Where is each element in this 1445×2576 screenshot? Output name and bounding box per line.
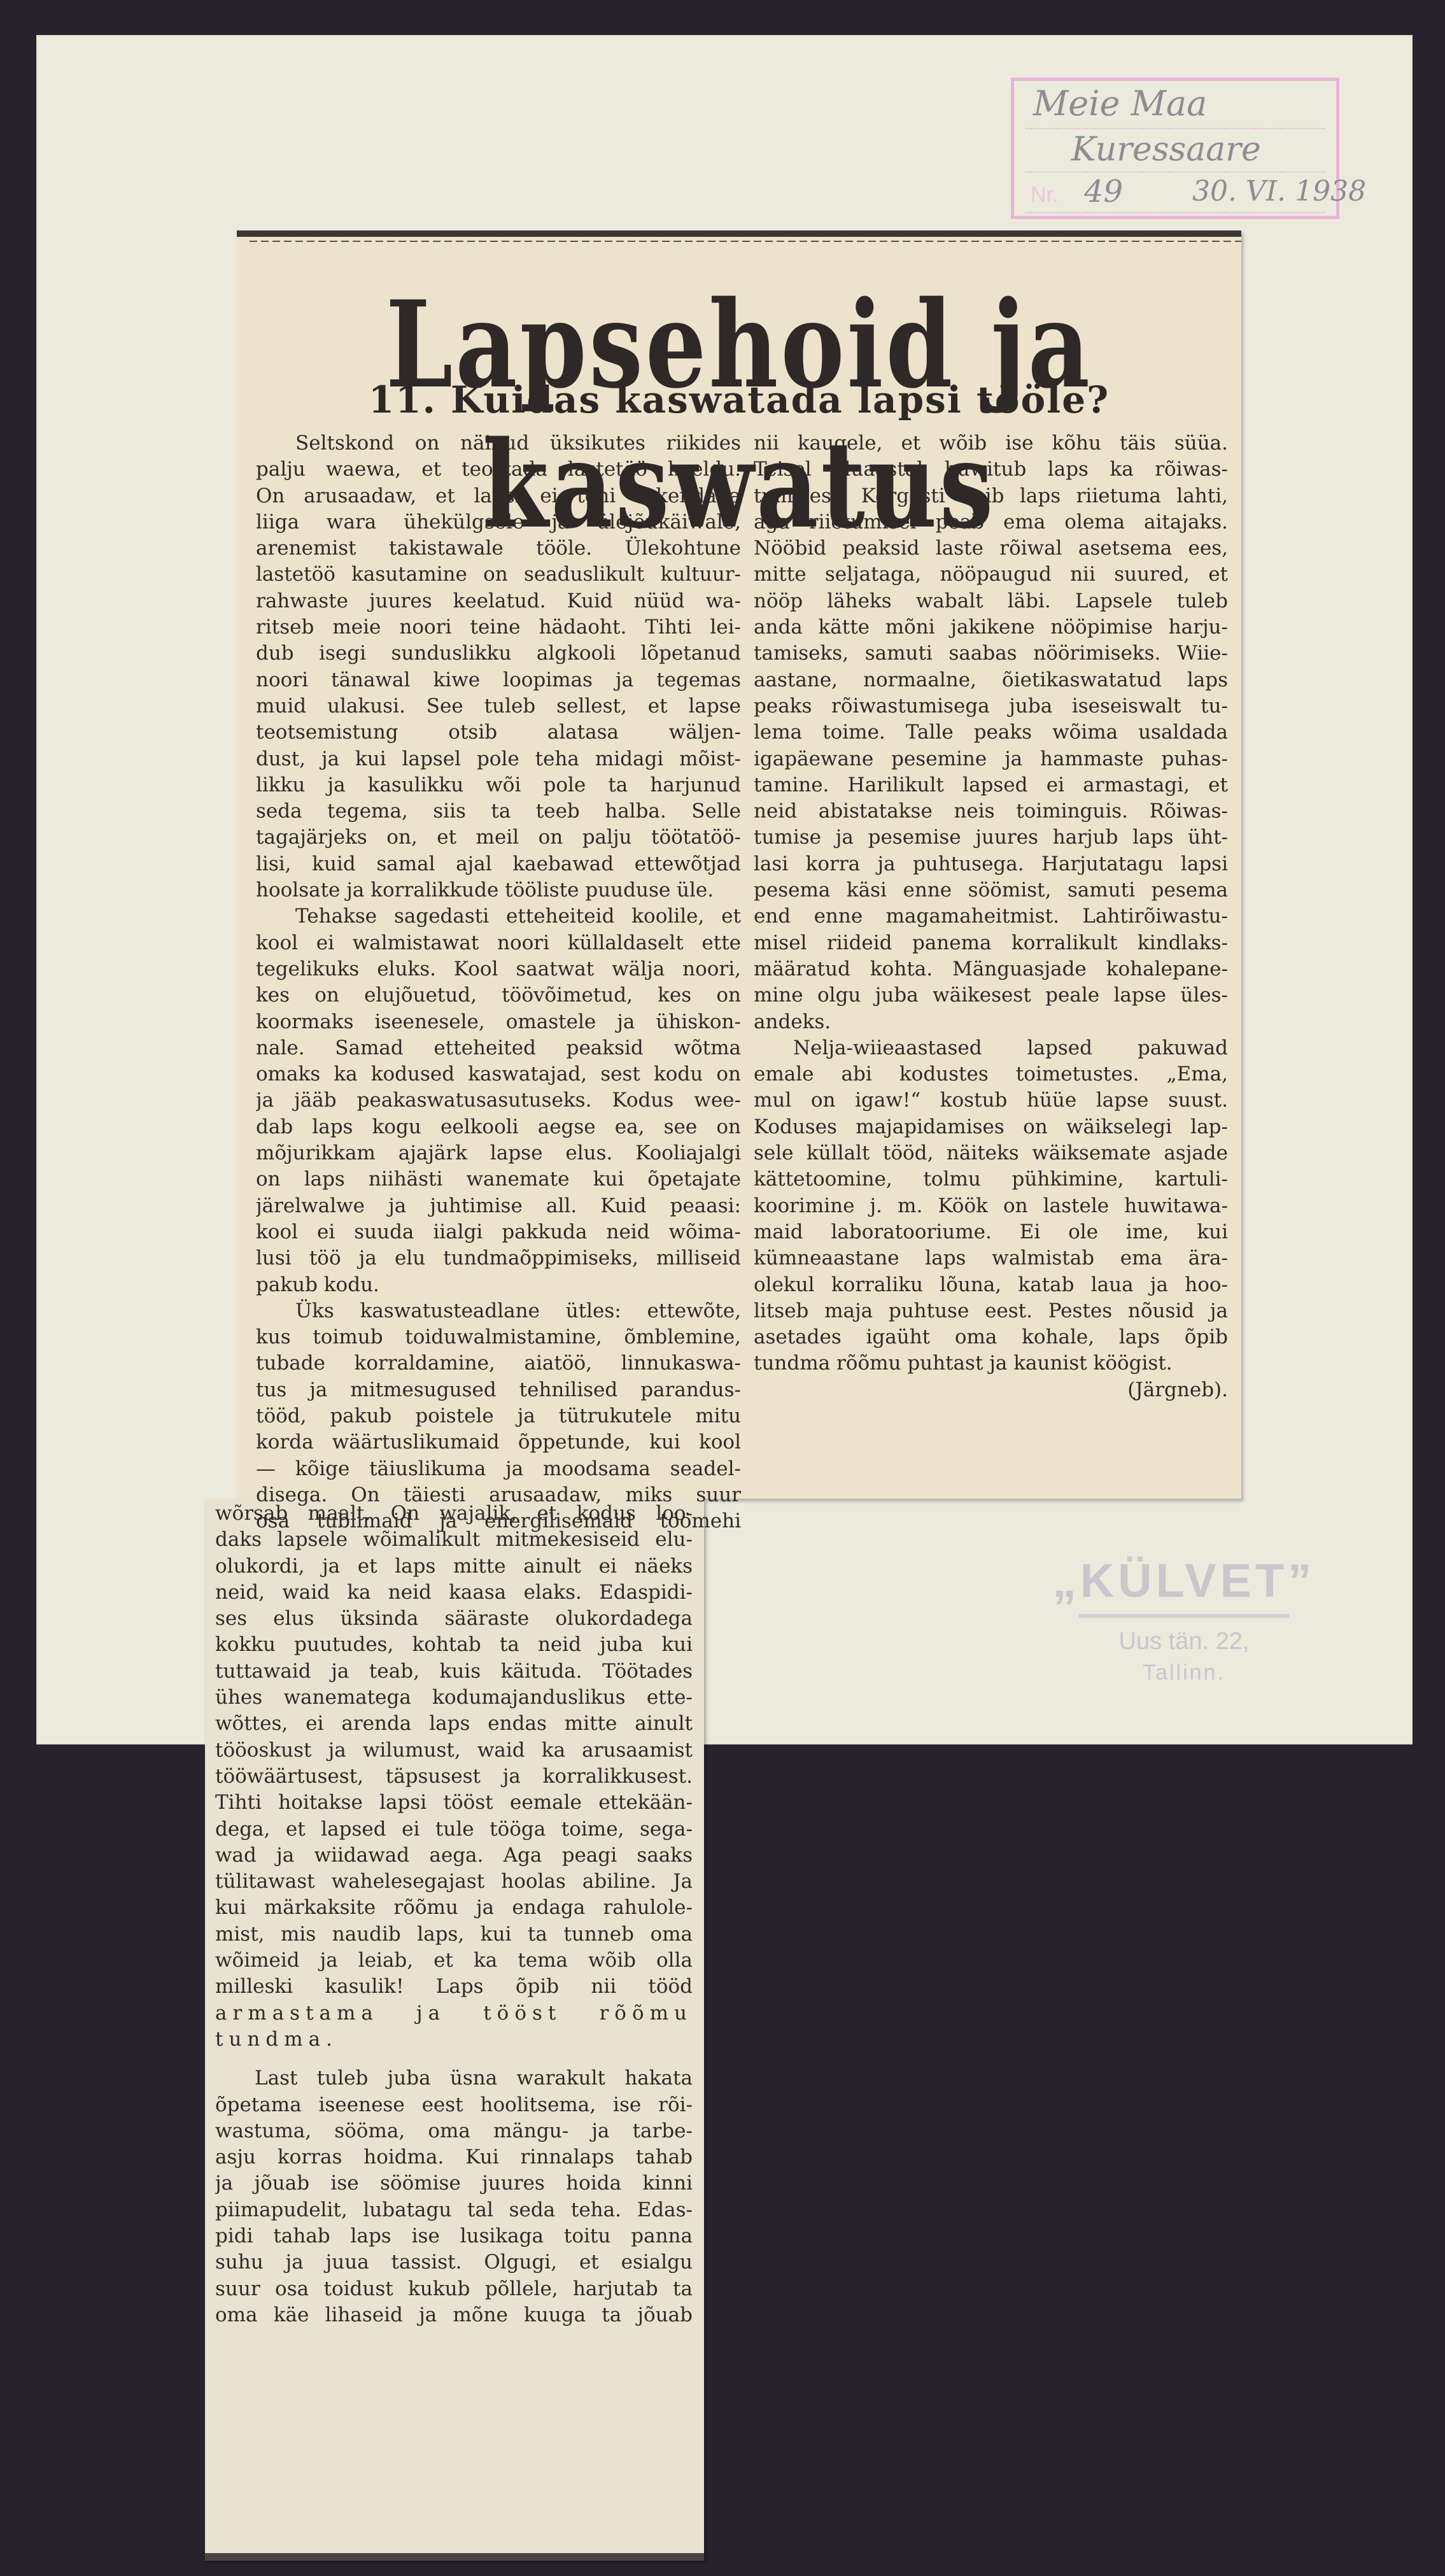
bottom-rule (205, 2553, 704, 2561)
text-line: kus toimub toiduwalmistamine, õmblemine, (256, 1324, 741, 1350)
text-line: Koduses majapidamises on wäikselegi lap- (754, 1114, 1228, 1140)
article-column-continuation: wõrsab maalt. On wajalik, et kodus loo-d… (215, 1501, 693, 2328)
text-line: seda tegema, siis ta teeb halba. Selle (256, 798, 741, 824)
article-column-right: nii kaugele, et wõib ise kõhu täis süüa.… (754, 430, 1228, 1403)
text-line: tööwäärtusest, täpsusest ja korralikkuse… (215, 1764, 693, 1790)
text-line: wõttes, ei arenda laps endas mitte ainul… (215, 1711, 693, 1737)
text-line: tumisest. Kergesti õpib laps riietuma la… (754, 483, 1228, 509)
text-line: tumise ja pesemise juures harjub laps üh… (754, 824, 1228, 851)
printer-city: Tallinn. (1025, 1660, 1343, 1685)
text-line (215, 2053, 693, 2065)
text-line: (Järgneb). (754, 1377, 1228, 1403)
text-line: milleski kasulik! Laps õpib nii tööd (215, 1974, 693, 2000)
text-line: olekul korraliku lõuna, katab laua ja ho… (754, 1272, 1228, 1298)
text-line: kool ei suuda iialgi pakkuda neid wõima- (256, 1219, 741, 1245)
text-line: — kõige täiuslikuma ja moodsama seadel- (256, 1456, 741, 1482)
text-line: kui märkaksite rõõmu ja endaga rahulole- (215, 1895, 693, 1921)
text-line: Tihti hoitakse lapsi tööst eemale ettekä… (215, 1790, 693, 1816)
text-line: armastama ja tööst rõõmu (215, 2000, 693, 2027)
text-line: lusi töö ja elu tundmaõppimiseks, millis… (256, 1245, 741, 1271)
text-line: neid abistatakse neis toiminguis. Rõiwas… (754, 798, 1228, 824)
text-line: aastane, normaalne, õietikaswatatud laps (754, 667, 1228, 693)
text-line: suur osa toidust kukub põllele, harjutab… (215, 2276, 693, 2302)
stamp-place: Kuressaare (1071, 131, 1261, 169)
stamp-dotted-line (1026, 212, 1325, 213)
stamp-date: 30. VI. 1938 (1192, 175, 1366, 208)
text-line: ritseb meie noori teine hädaoht. Tihti l… (256, 614, 741, 640)
text-line: daks lapsele wõimalikult mitmekesiseid e… (215, 1527, 693, 1553)
text-line: lisi, kuid samal ajal kaebawad ettewõtja… (256, 851, 741, 877)
text-line: nii kaugele, et wõib ise kõhu täis süüa. (754, 430, 1228, 456)
stamp-dotted-line (1026, 128, 1325, 129)
text-line: muid ulakusi. See tuleb sellest, et laps… (256, 693, 741, 719)
text-line: arenemist takistawale tööle. Ülekohtune (256, 535, 741, 562)
text-line: rahwaste juures keelatud. Kuid nüüd wa- (256, 588, 741, 614)
text-line: tundma rõõmu puhtast ja kaunist köögist. (754, 1350, 1228, 1376)
text-line: wad ja wiidawad aega. Aga peagi saaks (215, 1843, 693, 1869)
text-line: tegelikuks eluks. Kool saatwat wälja noo… (256, 956, 741, 982)
text-line: mõjurikkam ajajärk lapse elus. Kooliajal… (256, 1140, 741, 1166)
text-line: asju korras hoidma. Kui rinnalaps tahab (215, 2144, 693, 2170)
text-line: Tehakse sagedasti etteheiteid koolile, e… (256, 903, 741, 930)
text-line: palju waewa, et teostada lastetöö keeldu… (256, 456, 741, 483)
text-line: Teisel eluaastal huwitub laps ka rõiwas- (754, 456, 1228, 483)
printer-stamp: „KÜLVET” Uus tän. 22, Tallinn. (1025, 1553, 1343, 1685)
text-line: lasi korra ja puhtusega. Harjutatagu lap… (754, 851, 1228, 877)
text-line: litseb maja puhtuse eest. Pestes nõusid … (754, 1298, 1228, 1324)
text-line: tülitawast wahelesegajast hoolas abiline… (215, 1869, 693, 1895)
stamp-dotted-line (1026, 171, 1325, 173)
text-line: Üks kaswatusteadlane ütles: ettewõte, (256, 1298, 741, 1324)
text-line: ja jääb peakaswatusasutuseks. Kodus wee- (256, 1087, 741, 1114)
stamp-issue-number: 49 (1084, 174, 1123, 209)
text-line: mist, mis naudib laps, kui ta tunneb oma (215, 1921, 693, 1948)
text-line: tamine. Harilikult lapsed ei armastagi, … (754, 772, 1228, 798)
text-line: pidi tahab laps ise lusikaga toitu panna (215, 2223, 693, 2249)
text-line: kool ei walmistawat noori küllaldaselt e… (256, 930, 741, 956)
text-line: nale. Samad etteheited peaksid wõtma (256, 1035, 741, 1061)
text-line: ses elus üksinda sääraste olukordadega (215, 1606, 693, 1632)
text-line: Last tuleb juba üsna warakult hakata (215, 2065, 693, 2091)
text-line: pesema käsi enne söömist, samuti pesema (754, 877, 1228, 903)
text-line: maid laboratooriume. Ei ole ime, kui (754, 1219, 1228, 1245)
text-line: Nelja-wiieaastased lapsed pakuwad (754, 1035, 1228, 1061)
printer-underline (1079, 1614, 1289, 1618)
text-line: pakub kodu. (256, 1272, 741, 1298)
text-line: kokku puutudes, kohtab ta neid juba kui (215, 1632, 693, 1658)
text-line: emale abi kodustes toimetustes. „Ema, (754, 1061, 1228, 1087)
printer-name: „KÜLVET” (1025, 1553, 1343, 1608)
text-line: koorimine j. m. Köök on lastele huwitawa… (754, 1193, 1228, 1219)
text-line: dust, ja kui lapsel pole teha midagi mõi… (256, 746, 741, 772)
text-line: piimapudelit, lubatagu tal seda teha. Ed… (215, 2197, 693, 2223)
text-line: igapäewane pesemine ja hammaste puhas- (754, 746, 1228, 772)
text-line: tööoskust ja wilumust, waid ka arusaamis… (215, 1737, 693, 1764)
text-line: wõimeid ja leiab, et ka tema wõib olla (215, 1948, 693, 1974)
article-column-left: Seltskond on näinud üksikutes riikidespa… (256, 430, 741, 1534)
stamp-nr-label: Nr. (1031, 183, 1058, 208)
text-line: määratud kohta. Mänguasjade kohalepane- (754, 956, 1228, 982)
text-line: wastuma, sööma, oma mängu- ja tarbe- (215, 2118, 693, 2144)
text-line: kättetoomine, tolmu pühkimine, kartuli- (754, 1166, 1228, 1192)
text-line: tööd, pakub poistele ja tütrukutele mitu (256, 1403, 741, 1429)
text-line: suhu ja juua tassist. Olgugi, et esialgu (215, 2249, 693, 2275)
text-line: asetades igaüht oma kohale, laps õpib (754, 1324, 1228, 1350)
text-line: tamiseks, samuti saabas nöörimiseks. Wii… (754, 640, 1228, 667)
text-line: wõrsab maalt. On wajalik, et kodus loo- (215, 1501, 693, 1527)
top-rule (237, 230, 1241, 237)
text-line: Seltskond on näinud üksikutes riikides (256, 430, 741, 456)
archive-stamp: Meie Maa Kuressaare Nr. 49 30. VI. 1938 (1011, 78, 1339, 219)
text-line: tuttawaid ja teab, kuis käituda. Töötade… (215, 1659, 693, 1685)
article-subtitle: 11. Kuidas kaswatada lapsi tööle? (237, 378, 1241, 421)
text-line: tagajärjeks on, et meil on palju töötatö… (256, 824, 741, 851)
text-line: neid, waid ka neid kaasa elaks. Edaspidi… (215, 1580, 693, 1606)
text-line: peaks rõiwastumisega juba iseseiswalt tu… (754, 693, 1228, 719)
text-line: mul on igaw!“ kostub hüüe lapse suust. (754, 1087, 1228, 1114)
text-line: sele küllalt tööd, näiteks wäiksemate as… (754, 1140, 1228, 1166)
text-line: korda wäärtuslikumaid õppetunde, kui koo… (256, 1429, 741, 1455)
text-line: ühes wanematega kodumajanduslikus ette- (215, 1685, 693, 1711)
text-line: Nööbid peaksid laste rõiwal asetsema ees… (754, 535, 1228, 562)
text-line: noori tänawal kiwe loopimas ja tegemas (256, 667, 741, 693)
text-line: dab laps kogu eelkooli aegse ea, see on (256, 1114, 741, 1140)
stamp-newspaper: Meie Maa (1033, 83, 1207, 124)
text-line: õpetama iseenese eest hoolitsema, ise rõ… (215, 2092, 693, 2118)
text-line: mitte seljataga, nööpaugud nii suured, e… (754, 562, 1228, 588)
text-line: tubade korraldamine, aiatöö, linnukaswa- (256, 1350, 741, 1376)
text-line: mine olgu juba wäikesest peale lapse üle… (754, 982, 1228, 1008)
text-line: on laps niihästi wanemate kui õpetajate (256, 1166, 741, 1192)
text-line: kes on elujõuetud, töövõimetud, kes on (256, 982, 741, 1008)
text-line: dega, et lapsed ei tule tööga toime, seg… (215, 1816, 693, 1843)
text-line: lastetöö kasutamine on seaduslikult kult… (256, 562, 741, 588)
text-line: tus ja mitmesugused tehnilised parandus- (256, 1377, 741, 1403)
text-line: hoolsate ja korralikkude tööliste puudus… (256, 877, 741, 903)
text-line: dub isegi sunduslikku algkooli lõpetanud (256, 640, 741, 667)
text-line: ja jõuab ise söömise juures hoida kinni (215, 2170, 693, 2197)
text-line: olukordi, ja et laps mitte ainult ei näe… (215, 1553, 693, 1580)
printer-address: Uus tän. 22, (1025, 1628, 1343, 1655)
text-line: On arusaadaw, et lapsi ei tohi rakendada (256, 483, 741, 509)
text-line: lema toime. Talle peaks wõima usaldada (754, 719, 1228, 746)
text-line: kümneaastane laps walmistab ema ära- (754, 1245, 1228, 1271)
text-line: anda kätte mõni jakikene nööpimise harju… (754, 614, 1228, 640)
text-line: koormaks iseenesele, omastele ja ühiskon… (256, 1009, 741, 1035)
top-rule-dashed (250, 241, 1241, 242)
text-line: järelwalwe ja juhtimise all. Kuid peaasi… (256, 1193, 741, 1219)
text-line: misel riideid panema korralikult kindlak… (754, 930, 1228, 956)
text-line: nööp läheks wabalt läbi. Lapsele tuleb (754, 588, 1228, 614)
text-line: liiga wara ühekülgsele ja ülejõukäiwale, (256, 509, 741, 535)
text-line: tundma. (215, 2027, 693, 2053)
text-line: omaks ka kodused kaswatajad, sest kodu o… (256, 1061, 741, 1087)
text-line: end enne magamaheitmist. Lahtirõiwastu- (754, 903, 1228, 930)
text-line: oma käe lihaseid ja mõne kuuga ta jõuab (215, 2302, 693, 2328)
text-line: andeks. (754, 1009, 1228, 1035)
text-line: teotsemistung otsib alatasa wäljen- (256, 719, 741, 746)
text-line: aga riietumisel peab ema olema aitajaks. (754, 509, 1228, 535)
text-line: likku ja kasulikku wõi pole ta harjunud (256, 772, 741, 798)
